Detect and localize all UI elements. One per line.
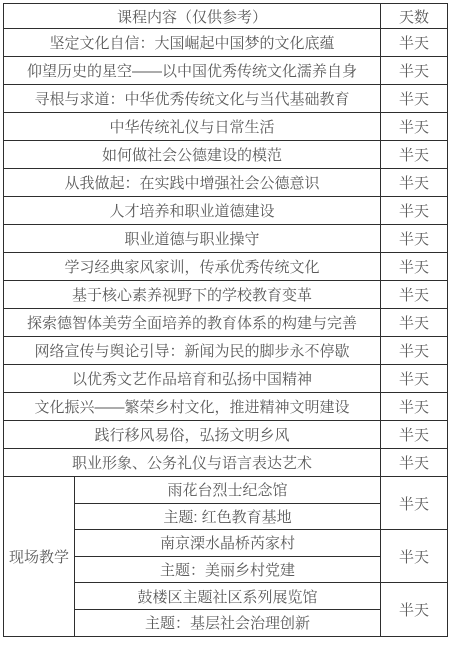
course-row: 坚定文化自信：大国崛起中国梦的文化底蕴 半天 [4,29,448,57]
course-row: 以优秀文艺作品培育和弘扬中国精神 半天 [4,365,448,393]
days-cell: 半天 [381,449,448,477]
days-cell: 半天 [381,530,448,583]
theme-cell: 主题：基层社会治理创新 [75,609,381,636]
days-cell: 半天 [381,225,448,253]
course-cell: 以优秀文艺作品培育和弘扬中国精神 [4,365,381,393]
course-cell: 中华传统礼仪与日常生活 [4,113,381,141]
days-cell: 半天 [381,57,448,85]
theme-cell: 主题：美丽乡村党建 [75,556,381,583]
course-cell: 文化振兴——繁荣乡村文化，推进精神文明建设 [4,393,381,421]
course-cell: 仰望历史的星空——以中国优秀传统文化濡养自身 [4,57,381,85]
days-cell: 半天 [381,281,448,309]
site-cell: 鼓楼区主题社区系列展览馆 [75,583,381,610]
course-row: 寻根与求道：中华优秀传统文化与当代基础教育 半天 [4,85,448,113]
course-cell: 职业道德与职业操守 [4,225,381,253]
days-cell: 半天 [381,365,448,393]
days-cell: 半天 [381,85,448,113]
course-row: 文化振兴——繁荣乡村文化，推进精神文明建设 半天 [4,393,448,421]
theme-cell: 主题: 红色教育基地 [75,503,381,530]
course-row: 仰望历史的星空——以中国优秀传统文化濡养自身 半天 [4,57,448,85]
days-cell: 半天 [381,29,448,57]
course-cell: 从我做起：在实践中增强社会公德意识 [4,169,381,197]
course-row: 践行移风易俗，弘扬文明乡风 半天 [4,421,448,449]
course-cell: 践行移风易俗，弘扬文明乡风 [4,421,381,449]
field-teaching-label: 现场教学 [4,477,75,637]
days-cell: 半天 [381,421,448,449]
days-cell: 半天 [381,141,448,169]
header-row: 课程内容（仅供参考） 天数 [4,4,448,29]
course-row: 探索德智体美劳全面培养的教育体系的构建与完善 半天 [4,309,448,337]
course-row: 人才培养和职业道德建设 半天 [4,197,448,225]
course-row: 基于核心素养视野下的学校教育变革 半天 [4,281,448,309]
days-cell: 半天 [381,169,448,197]
course-cell: 坚定文化自信：大国崛起中国梦的文化底蕴 [4,29,381,57]
course-row: 中华传统礼仪与日常生活 半天 [4,113,448,141]
days-cell: 半天 [381,309,448,337]
field-teaching-row: 现场教学 雨花台烈士纪念馆 半天 [4,477,448,504]
course-cell: 如何做社会公德建设的模范 [4,141,381,169]
course-row: 学习经典家风家训，传承优秀传统文化 半天 [4,253,448,281]
course-cell: 基于核心素养视野下的学校教育变革 [4,281,381,309]
days-cell: 半天 [381,337,448,365]
days-cell: 半天 [381,113,448,141]
course-cell: 网络宣传与舆论引导：新闻为民的脚步永不停歇 [4,337,381,365]
course-schedule-table: 课程内容（仅供参考） 天数 坚定文化自信：大国崛起中国梦的文化底蕴 半天 仰望历… [3,3,448,637]
course-cell: 寻根与求道：中华优秀传统文化与当代基础教育 [4,85,381,113]
course-row: 从我做起：在实践中增强社会公德意识 半天 [4,169,448,197]
site-cell: 南京溧水晶桥芮家村 [75,530,381,557]
site-cell: 雨花台烈士纪念馆 [75,477,381,504]
days-cell: 半天 [381,197,448,225]
days-header: 天数 [381,4,448,29]
days-cell: 半天 [381,477,448,530]
course-cell: 职业形象、公务礼仪与语言表达艺术 [4,449,381,477]
days-cell: 半天 [381,393,448,421]
course-content-header: 课程内容（仅供参考） [4,4,381,29]
course-row: 职业形象、公务礼仪与语言表达艺术 半天 [4,449,448,477]
course-cell: 探索德智体美劳全面培养的教育体系的构建与完善 [4,309,381,337]
course-cell: 人才培养和职业道德建设 [4,197,381,225]
course-row: 网络宣传与舆论引导：新闻为民的脚步永不停歇 半天 [4,337,448,365]
page: 课程内容（仅供参考） 天数 坚定文化自信：大国崛起中国梦的文化底蕴 半天 仰望历… [0,0,452,645]
days-cell: 半天 [381,253,448,281]
days-cell: 半天 [381,583,448,636]
course-row: 职业道德与职业操守 半天 [4,225,448,253]
course-cell: 学习经典家风家训，传承优秀传统文化 [4,253,381,281]
course-row: 如何做社会公德建设的模范 半天 [4,141,448,169]
